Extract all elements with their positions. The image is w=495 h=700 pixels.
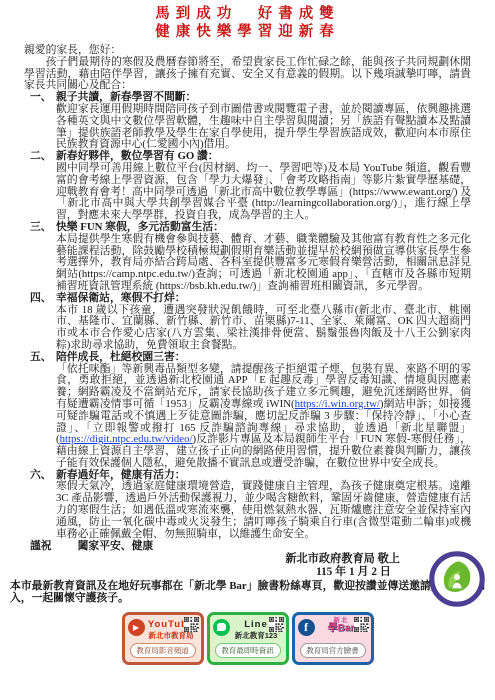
signature: 新北市政府教育局 敬上 bbox=[0, 553, 400, 566]
signature-date: 115 年 1 月 2 日 bbox=[0, 566, 391, 579]
youtube-channel-badge[interactable]: ▶ YouTube 新北市教育局 教育局影音頻道 bbox=[122, 612, 204, 665]
section-2-number: 二、 bbox=[30, 151, 52, 163]
section-2: 二、 新春好夥伴，數位學習有 GO 讚： 國中同學可善用線上數位平台(因材網、均… bbox=[30, 151, 471, 222]
digit-ntpc-video-link[interactable]: https://digit.ntpc.edu.tw/video/ bbox=[60, 433, 193, 445]
education-bureau-seal-icon: 新北市政府教育局 bbox=[429, 551, 485, 607]
qr-code-icon bbox=[184, 617, 199, 632]
section-4-number: 四、 bbox=[30, 293, 52, 305]
section-3: 三、 快樂 FUN 寒假，多元活動富生活： 本局提供學生寒假有機會參與技藝、體育… bbox=[30, 222, 471, 293]
letter-title: 馬到成功 好書成雙 健康快樂學習迎新春 bbox=[0, 5, 495, 41]
line-icon bbox=[213, 619, 230, 636]
title-line-1: 馬到成功 好書成雙 bbox=[0, 5, 495, 23]
section-1-body: 歡迎家長運用假期時間陪同孩子到市圖借書或閱覽電子書，並於閱讀專區，依興趣挑選各種… bbox=[56, 104, 471, 151]
intro-paragraph: 孩子們最期待的寒假及農曆春節將至，希望貴家長工作忙碌之餘，能與孩子共同規劃休閒學… bbox=[24, 57, 471, 92]
section-4-title: 幸福保衛站，寒假不打烊： bbox=[56, 293, 471, 305]
section-6-number: 六、 bbox=[30, 470, 52, 482]
letter-page: 馬到成功 好書成雙 健康快樂學習迎新春 親愛的家長，您好： 孩子們最期待的寒假及… bbox=[0, 0, 495, 700]
section-4: 四、 幸福保衛站，寒假不打烊： 本市 18 歲以下孩童，遭遇突發狀況飢餓時，可至… bbox=[30, 293, 471, 352]
social-badges-row: ▶ YouTube 新北市教育局 教育局影音頻道 Line 新北教育123 bbox=[0, 612, 495, 665]
qr-code-icon bbox=[354, 617, 369, 632]
facebook-icon: f bbox=[298, 619, 315, 636]
section-3-body: 本局提供學生寒假有機會參與技藝、體育、才藝、職業體驗及其他富有教育性之多元化藝能… bbox=[56, 234, 471, 293]
section-6: 六、 新春過好年，健康有活力： 寒假天氣冷，透過家庭健康環境營造，實踐健康自主管… bbox=[30, 470, 471, 541]
letter-body: 親愛的家長，您好： 孩子們最期待的寒假及農曆春節將至，希望貴家長工作忙碌之餘，能… bbox=[0, 45, 495, 605]
section-1-number: 一、 bbox=[30, 92, 52, 104]
section-5-body: 「依托咪酯」等新興毒品類型多變，請提醒孩子拒絕電子煙、包裝有異、來路不明的零食，… bbox=[56, 364, 471, 470]
line-account-badge[interactable]: Line 新北教育123 教育最即時資訊 bbox=[207, 612, 289, 665]
section-6-body: 寒假天氣冷，透過家庭健康環境營造，實踐健康自主管理，為孩子健康奠定根基。遠離 3… bbox=[56, 481, 471, 540]
section-2-body: 國中同學可善用線上數位平台(因材網、均一、學習吧等)及本局 YouTube 頻道… bbox=[56, 163, 471, 222]
qr-code-icon bbox=[269, 617, 284, 632]
section-3-title: 快樂 FUN 寒假，多元活動富生活： bbox=[56, 222, 471, 234]
closing-line: 謹祝闔家平安、健康 bbox=[30, 541, 471, 553]
section-5: 五、 陪伴成長，杜絕校園三害： 「依托咪酯」等新興毒品類型多變，請提醒孩子拒絕電… bbox=[30, 352, 471, 470]
closing-salute: 謹祝 bbox=[30, 540, 52, 552]
section-3-number: 三、 bbox=[30, 222, 52, 234]
section-4-body: 本市 18 歲以下孩童，遭遇突發狀況飢餓時，可至北臺八縣市(新北市、臺北市、桃園… bbox=[56, 305, 471, 352]
youtube-play-icon: ▶ bbox=[128, 619, 145, 636]
facebook-page-badge[interactable]: f 新北 學Bar 教育局官方臉書 bbox=[292, 612, 374, 665]
title-line-2: 健康快樂學習迎新春 bbox=[0, 23, 495, 41]
facebook-badge-caption: 教育局官方臉書 bbox=[300, 643, 366, 658]
section-5-number: 五、 bbox=[30, 352, 52, 364]
line-badge-caption: 教育最即時資訊 bbox=[215, 643, 281, 658]
footer-note: 本市最新教育資訊及在地好玩事都在「新北學 Bar」臉書粉絲專頁，歡迎按讚並傳送邀… bbox=[10, 581, 485, 605]
section-1: 一、 親子共讀，新春學習不間斷： 歡迎家長運用假期時間陪同孩子到市圖借書或閱覽電… bbox=[30, 92, 471, 151]
closing-blessing: 闔家平安、健康 bbox=[78, 540, 154, 552]
iwin-link[interactable]: https://i.win.org.tw/ bbox=[295, 398, 380, 410]
youtube-badge-caption: 教育局影音頻道 bbox=[130, 643, 196, 658]
